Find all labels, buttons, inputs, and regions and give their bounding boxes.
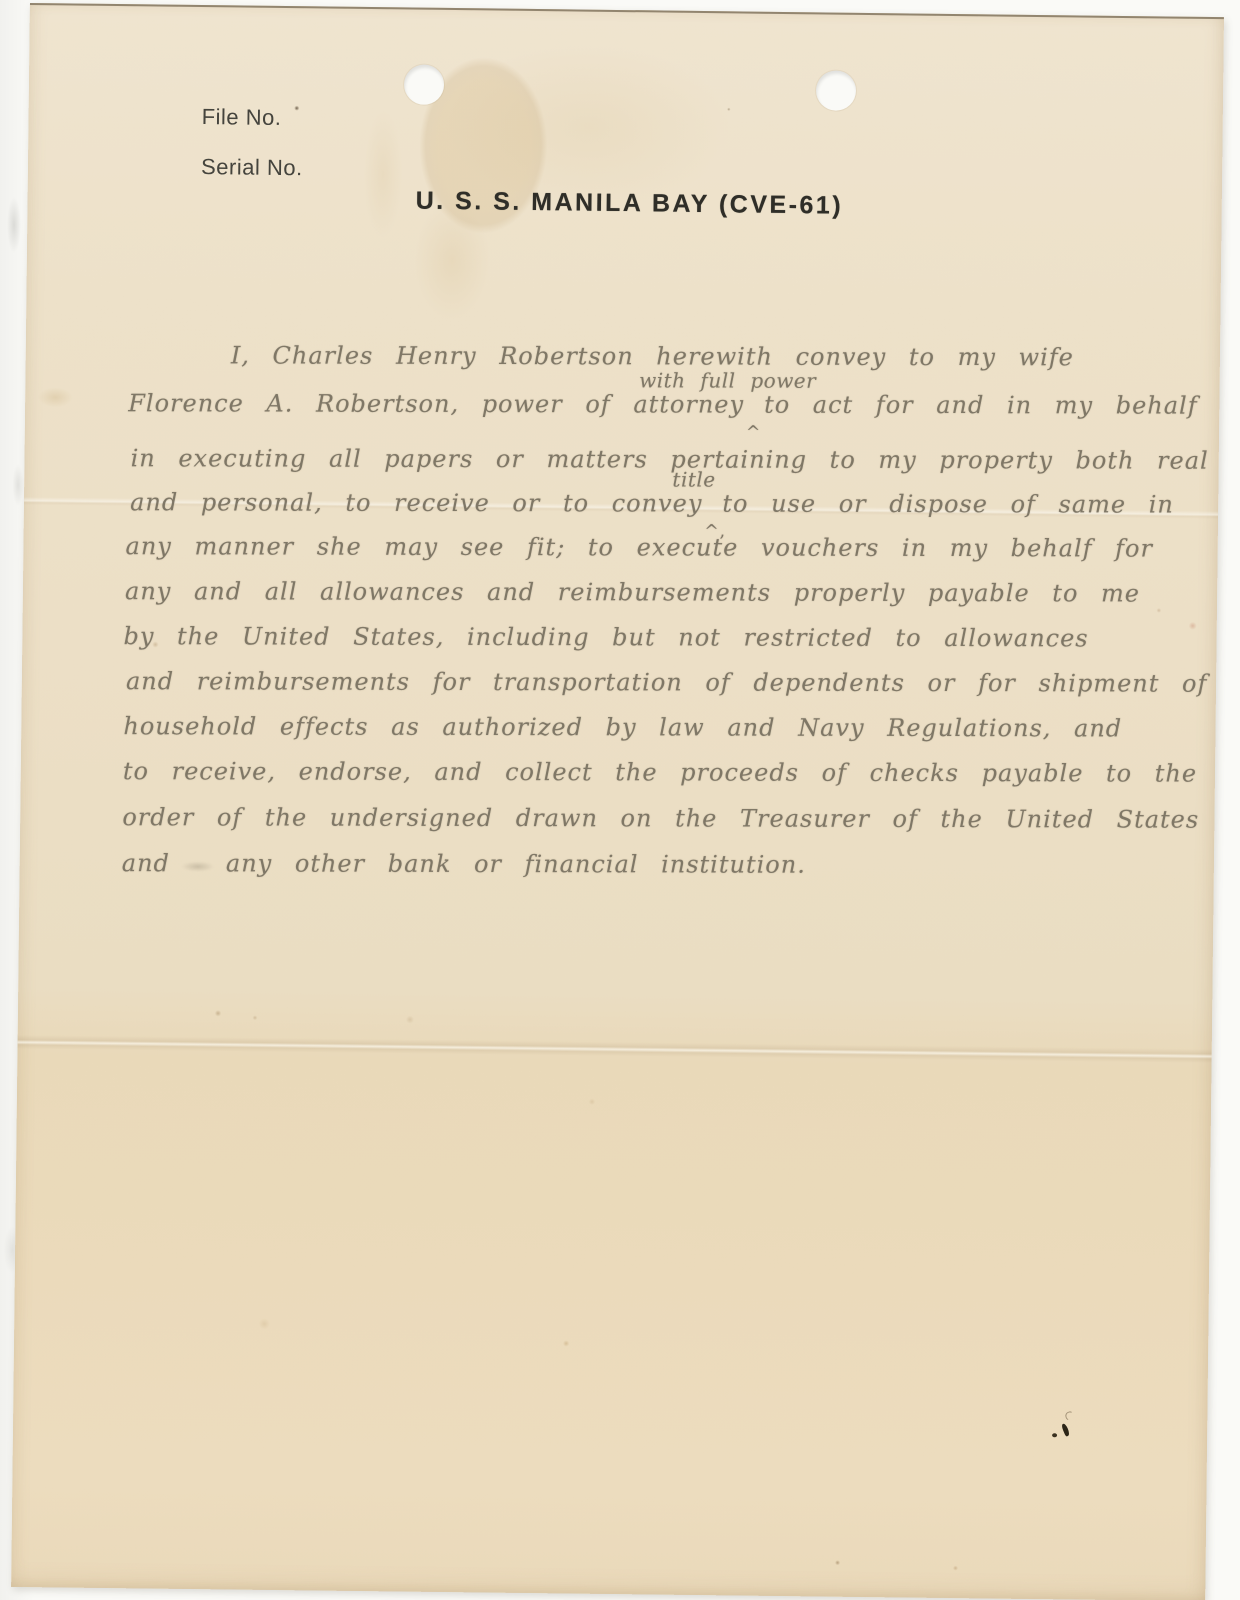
line-2-before-text: Florence A. Robertson, power of attorney xyxy=(128,389,744,418)
letter-paper-sheet: File No. Serial No. U. S. S. MANILA BAY … xyxy=(11,3,1224,1600)
handwritten-line-8: and reimbursements for transportation of… xyxy=(126,667,1207,697)
handwritten-line-1: I, Charles Henry Robertson herewith conv… xyxy=(231,341,1074,371)
line-4-before-text: and personal, to receive or to convey xyxy=(130,488,702,517)
handwritten-line-7: by the United States, including but not … xyxy=(123,622,1088,652)
line-12-after-text: any other bank or financial institution. xyxy=(226,849,806,878)
insertion-mark-title: title^, xyxy=(702,502,722,512)
serial-no-label: Serial No. xyxy=(201,154,303,181)
insertion-mark-full-power: with full power^ xyxy=(744,403,764,413)
line-12-before-text: and xyxy=(122,849,170,877)
caret-icon: ^ xyxy=(746,423,761,443)
handwritten-line-10: to receive, endorse, and collect the pro… xyxy=(123,757,1197,787)
line-2-after-text: to act for and in my behalf xyxy=(764,391,1198,420)
punch-hole-right xyxy=(816,70,856,110)
handwritten-line-6: any and all allowances and reimbursement… xyxy=(125,577,1140,607)
insertion-text: with full power xyxy=(639,368,816,392)
handwritten-line-12: andany other bank or financial instituti… xyxy=(122,849,806,879)
handwritten-line-3: in executing all papers or matters perta… xyxy=(131,444,1209,474)
insertion-text: title xyxy=(672,467,715,491)
ink-mark-tail xyxy=(1061,1423,1071,1437)
handwritten-line-11: order of the undersigned drawn on the Tr… xyxy=(122,803,1199,833)
file-no-label: File No. xyxy=(202,104,282,131)
punch-hole-left xyxy=(404,64,444,104)
line-4-after-text: to use or dispose of same in xyxy=(722,490,1174,519)
ink-mark-wisp xyxy=(1064,1410,1075,1421)
handwritten-line-2: Florence A. Robertson, power of attorney… xyxy=(128,389,1197,419)
handwritten-line-5: any manner she may see fit; to execute v… xyxy=(126,532,1153,562)
ship-title: U. S. S. MANILA BAY (CVE-61) xyxy=(416,187,844,221)
ink-mark-dot xyxy=(1052,1433,1057,1437)
ink-mark xyxy=(1051,1415,1077,1445)
erased-word-smudge xyxy=(174,858,222,873)
fold-crease-middle xyxy=(18,1035,1212,1063)
handwritten-line-4: and personal, to receive or to conveytit… xyxy=(130,488,1174,518)
handwritten-line-9: household effects as authorized by law a… xyxy=(123,712,1122,742)
